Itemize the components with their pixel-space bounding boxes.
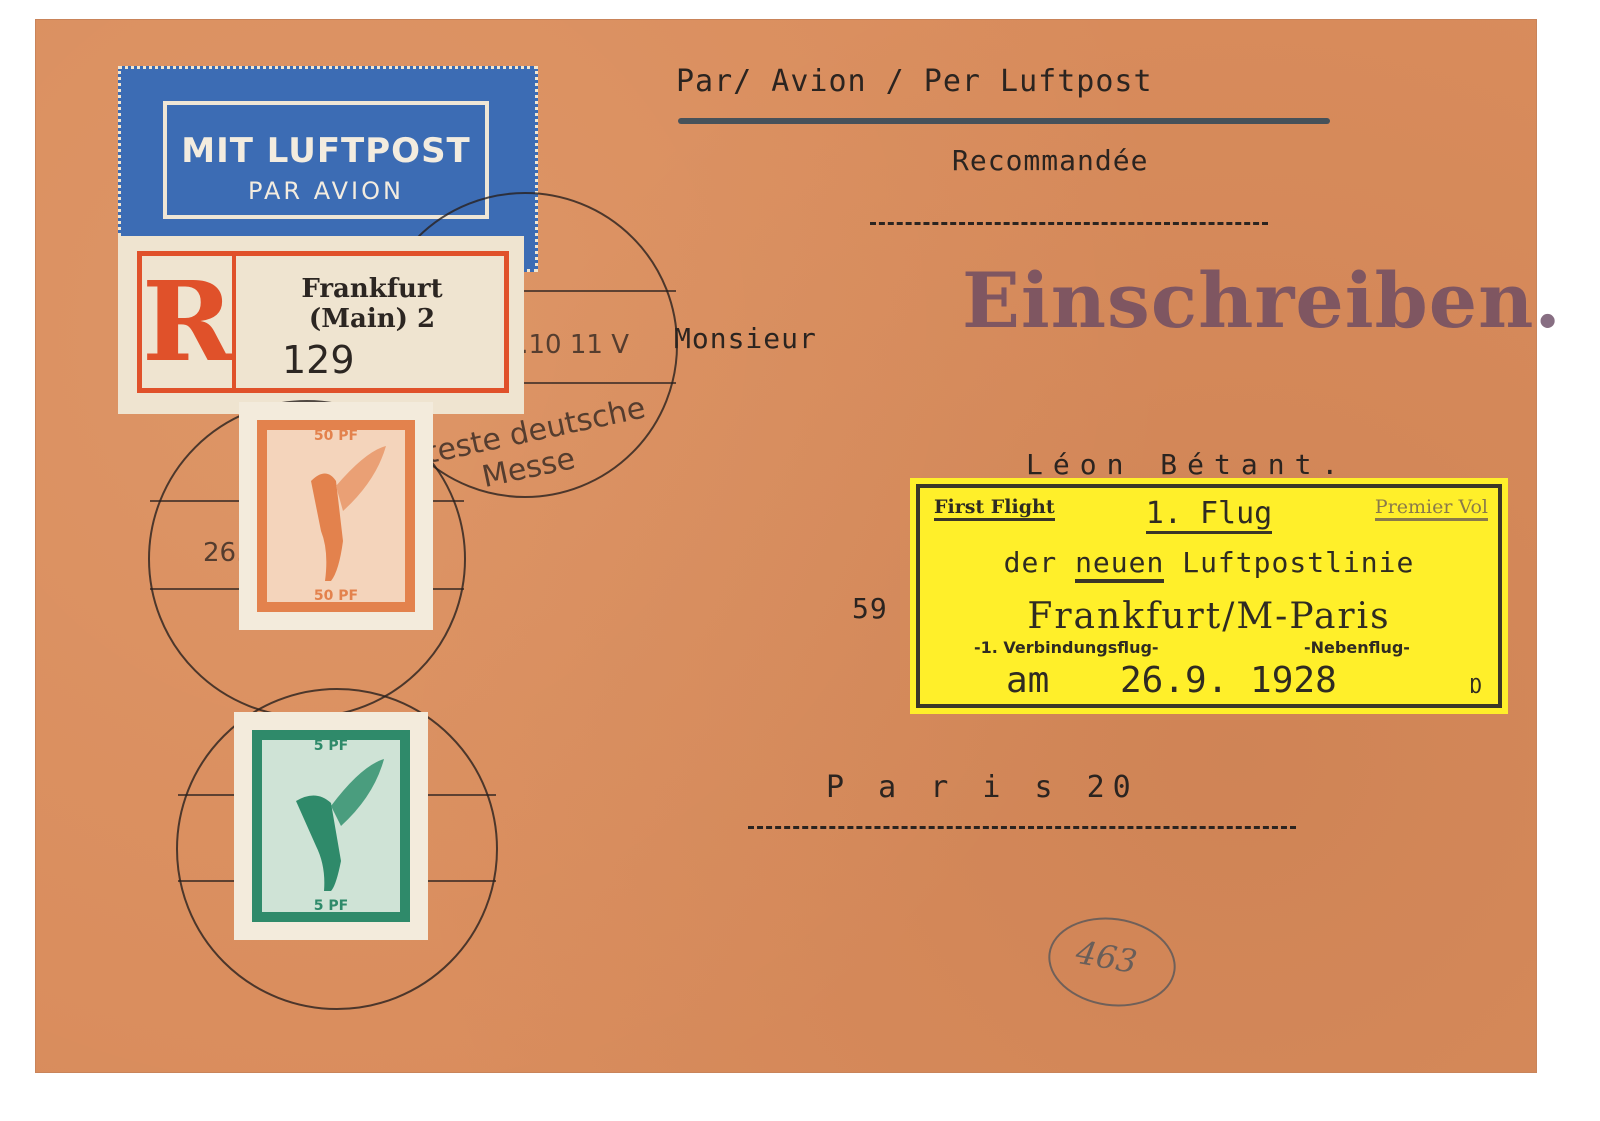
- first-flight-line: der neuen Luftpostlinie: [920, 546, 1498, 579]
- registered-label-fr: Recommandée: [952, 144, 1148, 177]
- einschreiben-stamp: Einschreiben.: [962, 256, 1562, 345]
- registration-office-number: (Main) 2: [252, 304, 492, 334]
- registration-label: R Frankfurt (Main) 2 129: [118, 236, 524, 414]
- registration-office: Frankfurt (Main) 2: [252, 274, 492, 334]
- first-flight-tag-fr: Premier Vol: [1375, 496, 1488, 521]
- eagle-icon: [281, 441, 391, 591]
- destination-city: P a r i s 20: [826, 770, 1139, 805]
- registration-number: 129: [282, 338, 355, 382]
- stamp-frame: 5 PF 5 PF: [252, 730, 410, 922]
- house-number: 59: [852, 592, 888, 625]
- first-flight-sub-left: -1. Verbindungsflug-: [974, 638, 1159, 657]
- stamp-50pf: 50 PF 50 PF: [239, 402, 433, 630]
- airmail-label-frame: MIT LUFTPOST PAR AVION: [163, 101, 489, 219]
- stamp-5pf: 5 PF 5 PF: [234, 712, 428, 940]
- postal-cover: MIT LUFTPOST PAR AVION 26.9.28.10 11 V Ä…: [36, 20, 1536, 1072]
- first-flight-date: 26.9. 1928: [1120, 660, 1337, 701]
- registration-letter: R: [142, 256, 236, 388]
- first-flight-word-der: der: [1004, 546, 1058, 579]
- first-flight-frame: First Flight 1. Flug Premier Vol der neu…: [916, 484, 1502, 708]
- eagle-icon: [276, 751, 386, 901]
- first-flight-label: First Flight 1. Flug Premier Vol der neu…: [910, 478, 1508, 714]
- airmail-label-line1: MIT LUFTPOST: [167, 131, 485, 171]
- first-flight-sub-right: -Nebenflug-: [1304, 638, 1410, 657]
- post-horn-mark-icon: Ɒ: [1470, 674, 1482, 698]
- heading-underline: [678, 118, 1330, 124]
- dashed-rule: [870, 222, 1268, 225]
- airmail-label-line2: PAR AVION: [167, 177, 485, 205]
- stamp-frame: 50 PF 50 PF: [257, 420, 415, 612]
- first-flight-route: Frankfurt/M-Paris: [920, 596, 1498, 637]
- dashed-rule-city: [748, 826, 1296, 829]
- stamp-denomination: 50 PF: [267, 428, 405, 444]
- stamp-denomination-bottom: 50 PF: [267, 588, 405, 604]
- stamp-denomination: 5 PF: [262, 738, 400, 754]
- salutation: Monsieur: [674, 322, 817, 355]
- first-flight-word-luftpostlinie: Luftpostlinie: [1182, 546, 1414, 579]
- first-flight-title-text: 1. Flug: [1146, 496, 1272, 534]
- registration-city: Frankfurt: [252, 274, 492, 304]
- first-flight-word-neuen: neuen: [1075, 546, 1164, 583]
- stamp-denomination-bottom: 5 PF: [262, 898, 400, 914]
- registration-frame: R Frankfurt (Main) 2 129: [137, 251, 509, 393]
- first-flight-date-prefix: am: [1006, 660, 1049, 701]
- recipient-name: Léon Bétant.: [1026, 448, 1348, 481]
- route-header: Par/ Avion / Per Luftpost: [676, 64, 1153, 99]
